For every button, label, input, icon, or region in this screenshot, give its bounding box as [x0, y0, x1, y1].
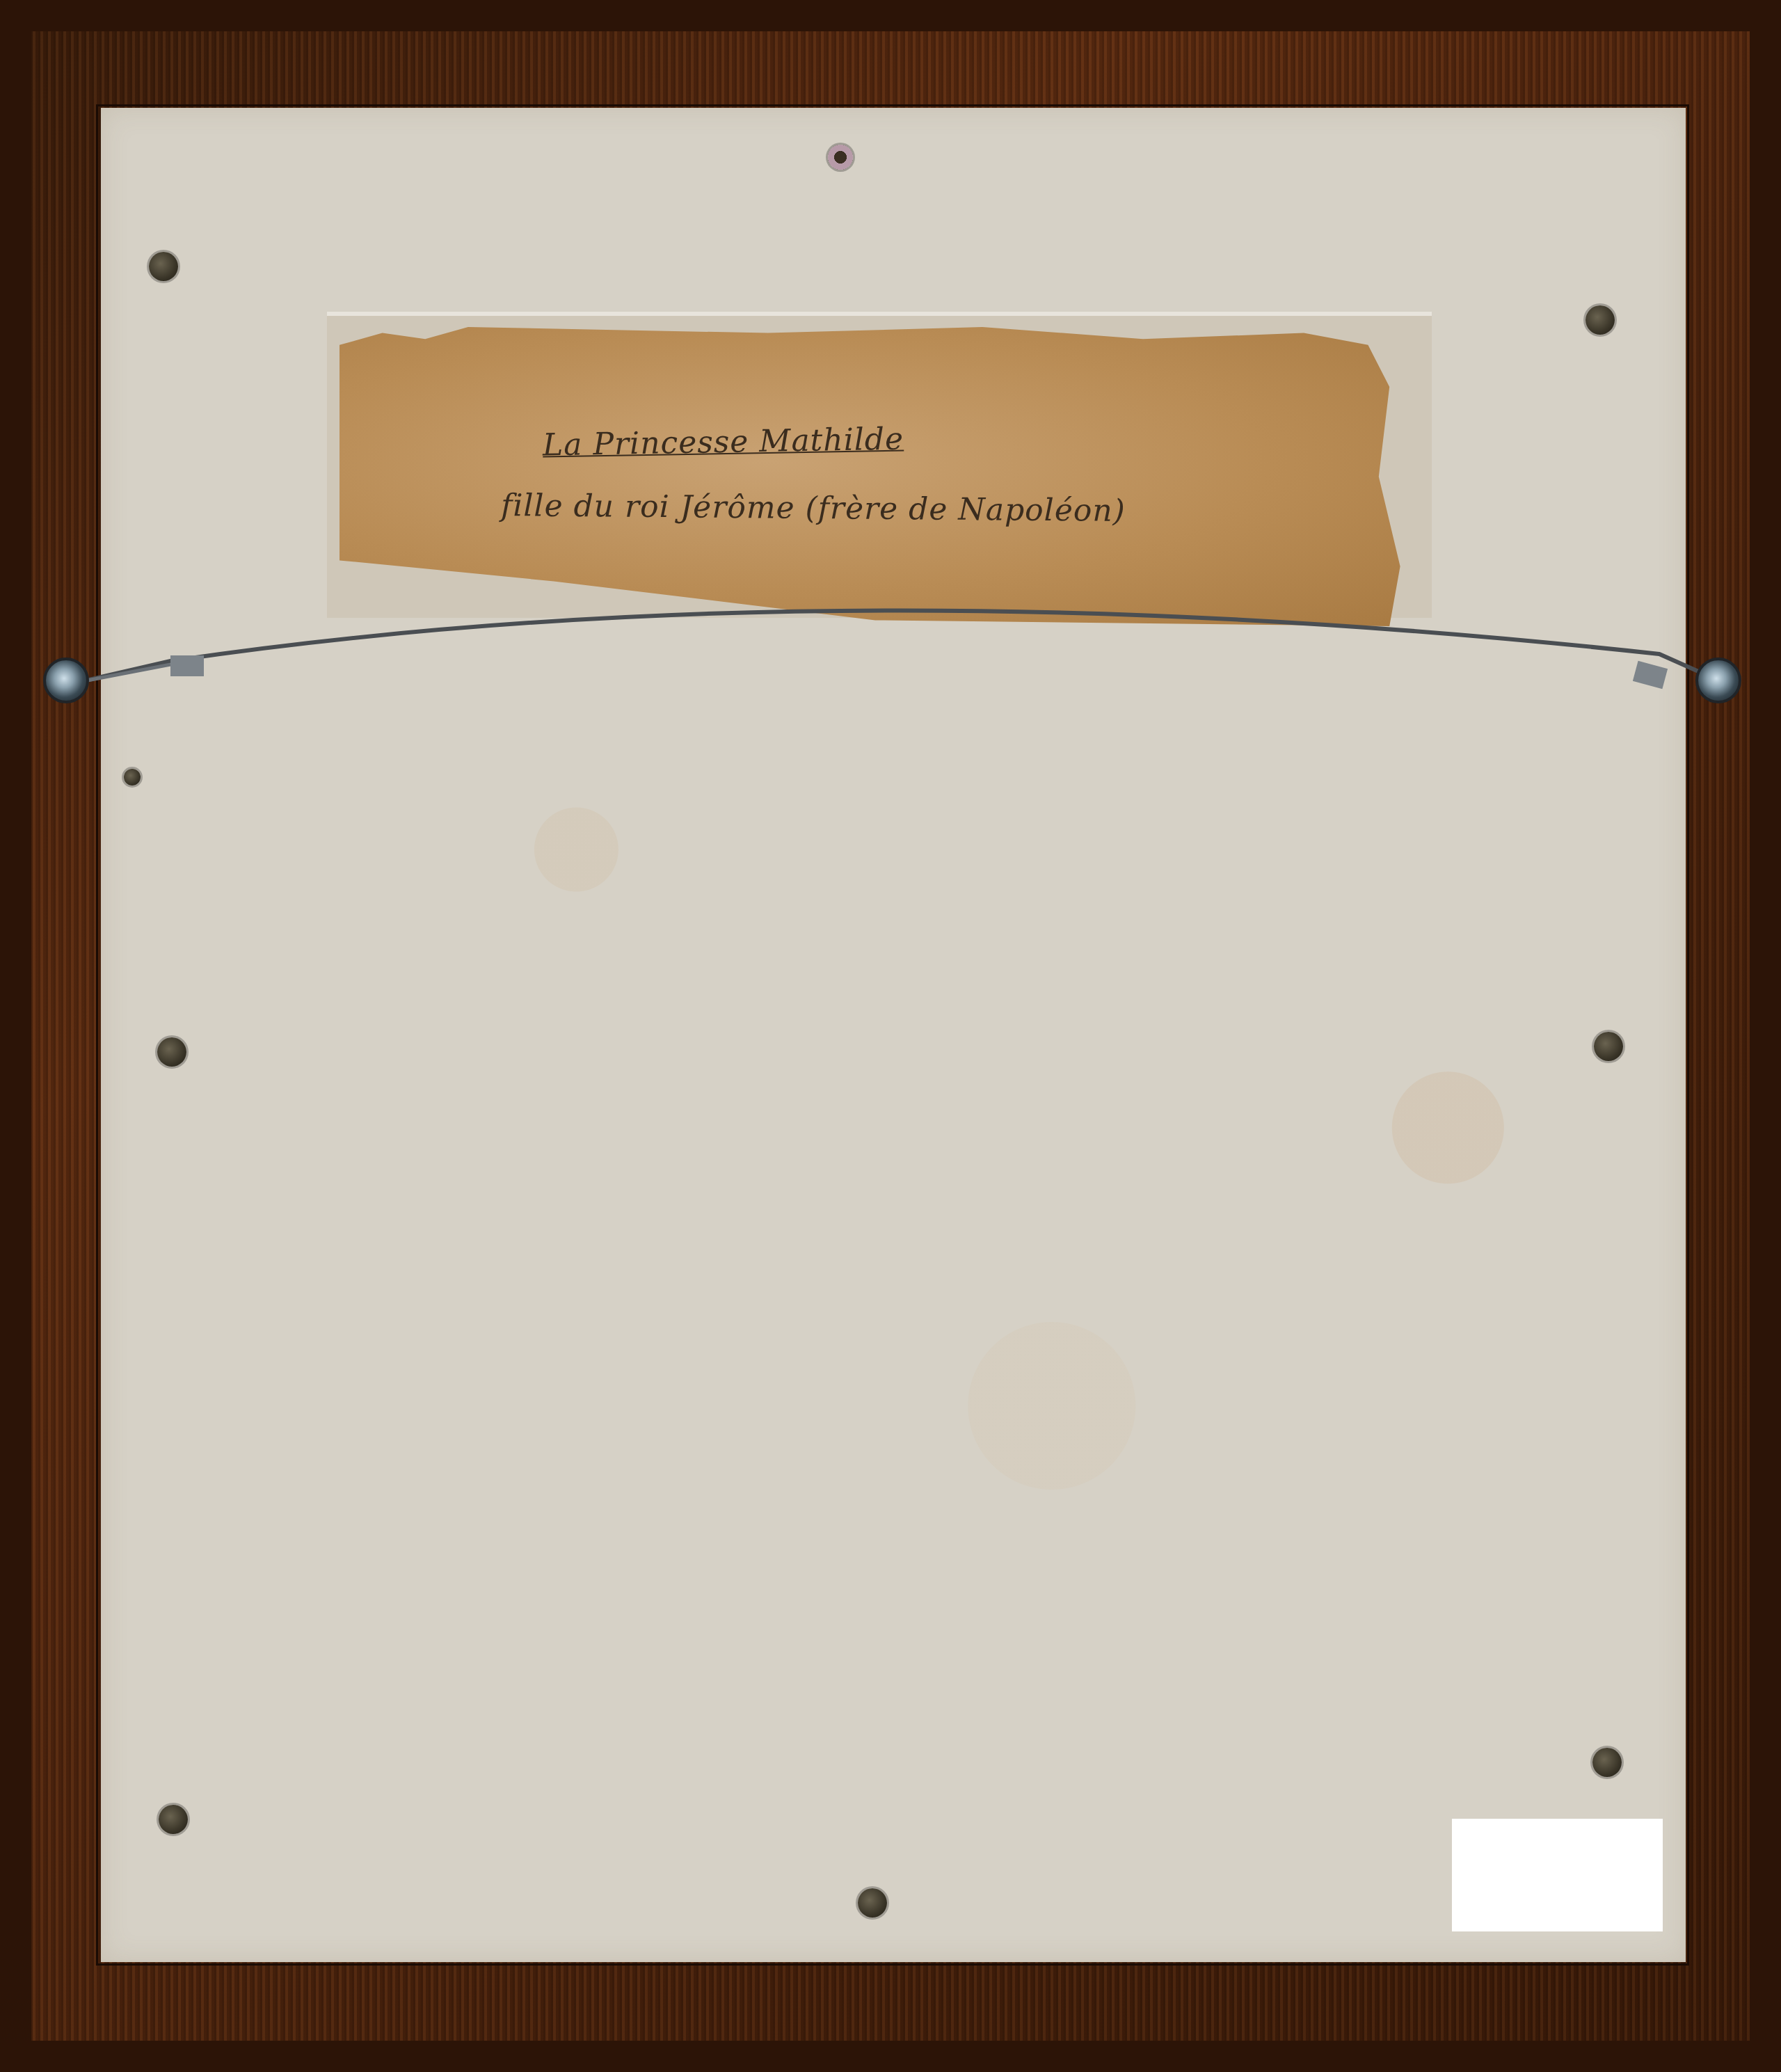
- screw-icon: [828, 145, 853, 170]
- screw-icon: [858, 1888, 887, 1918]
- screw-icon: [159, 1805, 188, 1834]
- screw-icon: [124, 769, 141, 786]
- wire-crimp-right: [1633, 661, 1668, 689]
- screw-icon: [1594, 1032, 1623, 1061]
- screw-icon: [1586, 305, 1615, 335]
- hanger-screw-left-icon: [43, 658, 89, 703]
- screw-icon: [149, 252, 178, 281]
- label-line-1: La Princesse Mathilde: [543, 421, 904, 463]
- screw-icon: [157, 1037, 186, 1067]
- hanging-wire: [66, 577, 1722, 703]
- screw-icon: [1592, 1748, 1622, 1777]
- hanger-screw-right-icon: [1695, 658, 1741, 703]
- blank-patch: [1452, 1819, 1663, 1931]
- label-line-2: fille du roi Jérôme (frère de Napoléon): [501, 488, 1126, 529]
- wire-crimp-left: [170, 655, 204, 676]
